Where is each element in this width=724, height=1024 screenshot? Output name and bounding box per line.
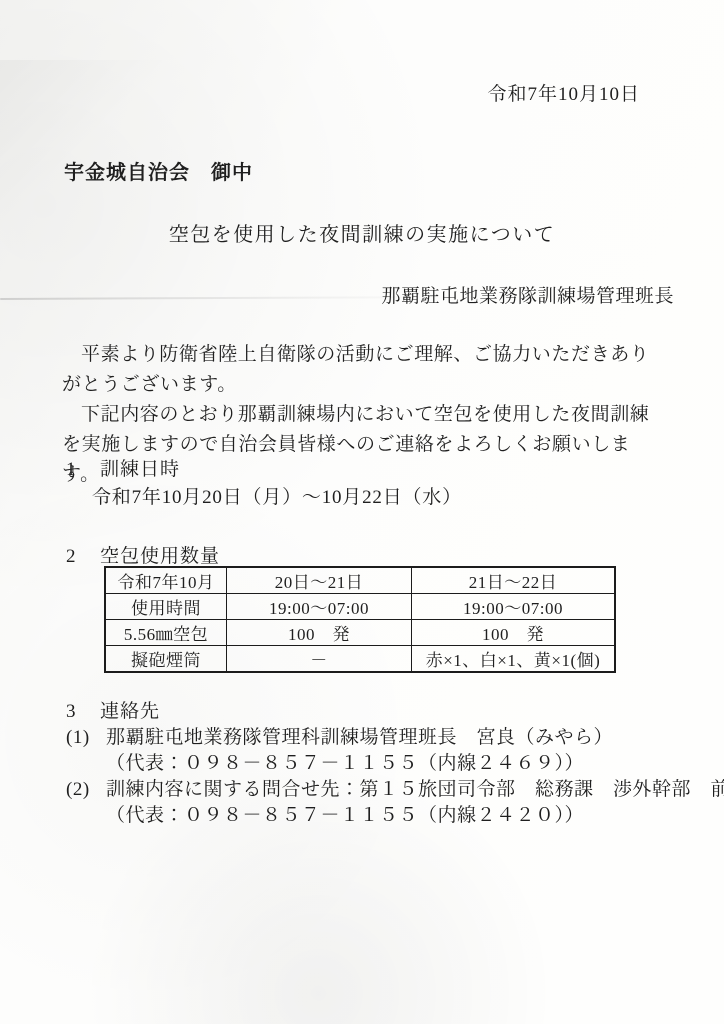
section2-heading: 2空包使用数量: [66, 541, 220, 568]
table-cell: 100 発: [227, 620, 412, 646]
contact-1-label: (1): [66, 727, 106, 749]
body-paragraph-1: 平素より防衛省陸上自衛隊の活動にご理解、ご協力いただきありがとうございます。: [62, 340, 666, 400]
table-row: 使用時間 19:00〜07:00 19:00〜07:00: [105, 594, 615, 620]
contact-1-text: 那覇駐屯地業務隊管理科訓練場管理班長 宮良（みやら）: [106, 727, 613, 748]
blank-ammo-usage-table: 令和7年10月 20日〜21日 21日〜22日 使用時間 19:00〜07:00…: [104, 566, 616, 673]
section3-heading-label: 連絡先: [100, 701, 160, 722]
table-cell: －: [227, 646, 412, 673]
training-datetime: 令和7年10月20日（月）〜10月22日（水）: [92, 482, 462, 509]
section3-number: 3: [66, 701, 100, 723]
table-cell: 5.56㎜空包: [105, 620, 227, 646]
scan-corner-shade: [0, 60, 170, 230]
contact-2-phone: （代表：０９８－８５７－１１５５（内線２４２０））: [106, 800, 584, 827]
section2-heading-label: 空包使用数量: [100, 546, 220, 567]
scanned-letter-page: 令和7年10月10日 宇金城自治会 御中 空包を使用した夜間訓練の実施について …: [0, 0, 724, 1024]
contact-item-2: (2)訓練内容に関する問合せ先：第１５旅団司令部 総務課 渉外幹部 前盛（まえも…: [66, 774, 724, 801]
contact-item-1: (1)那覇駐屯地業務隊管理科訓練場管理班長 宮良（みやら）: [66, 722, 613, 749]
table-row: 5.56㎜空包 100 発 100 発: [105, 620, 615, 646]
table-cell: 使用時間: [105, 594, 227, 620]
contact-2-text: 訓練内容に関する問合せ先：第１５旅団司令部 総務課 渉外幹部 前盛（まえもり）: [106, 779, 724, 800]
section3-heading: 3連絡先: [66, 696, 160, 723]
section1-number: 1: [66, 459, 100, 481]
section2-number: 2: [66, 546, 100, 568]
contact-2-label: (2): [66, 779, 106, 801]
table-cell: 100 発: [412, 620, 616, 646]
addressee-line: 宇金城自治会 御中: [64, 156, 253, 185]
document-date: 令和7年10月10日: [487, 79, 640, 106]
table-cell: 19:00〜07:00: [227, 594, 412, 620]
sender-line: 那覇駐屯地業務隊訓練場管理班長: [381, 281, 674, 308]
table-cell: 赤×1、白×1、黄×1(個): [412, 646, 616, 673]
section1-heading: 1訓練日時: [66, 454, 180, 481]
table-header-cell: 20日〜21日: [227, 567, 412, 594]
section1-heading-label: 訓練日時: [100, 459, 180, 480]
table-header-cell: 令和7年10月: [105, 567, 227, 594]
table-row: 擬砲煙筒 － 赤×1、白×1、黄×1(個): [105, 646, 615, 673]
table-header-cell: 21日〜22日: [412, 567, 616, 594]
document-title: 空包を使用した夜間訓練の実施について: [0, 218, 724, 247]
table-header-row: 令和7年10月 20日〜21日 21日〜22日: [105, 567, 615, 594]
contact-1-phone: （代表：０９８－８５７－１１５５（内線２４６９））: [106, 748, 584, 775]
table-cell: 擬砲煙筒: [105, 646, 227, 673]
table-cell: 19:00〜07:00: [412, 594, 616, 620]
